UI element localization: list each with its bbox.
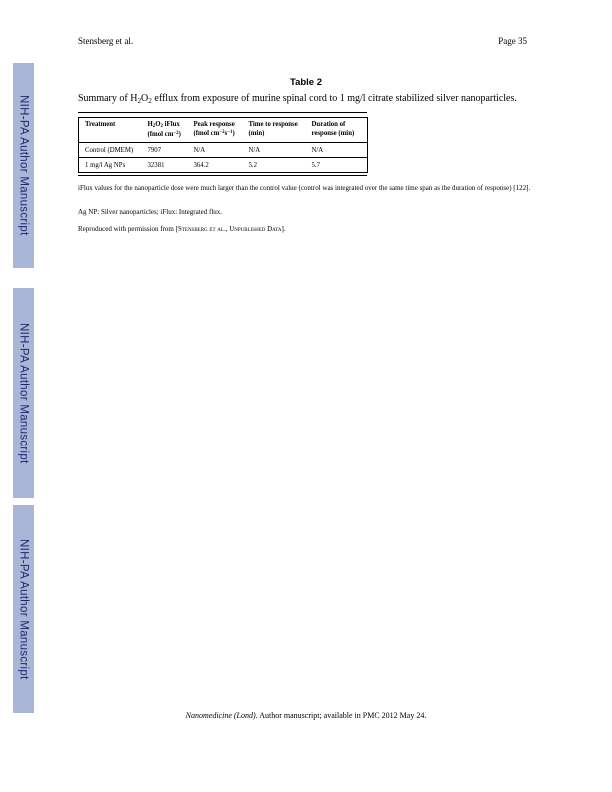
- cell-treatment: Control (DMEM): [79, 143, 148, 158]
- footnote-permission: Reproduced with permission from [Stensbe…: [78, 224, 533, 235]
- cell-iflux: 7907: [148, 143, 194, 158]
- cell-iflux: 32381: [148, 158, 194, 173]
- sidebar-banner-middle: NIH-PA Author Manuscript: [13, 288, 34, 498]
- table-header-row: Treatment H2O2 iFlux(fmol cm−2) Peak res…: [79, 118, 368, 143]
- sidebar-banner-top: NIH-PA Author Manuscript: [13, 63, 34, 268]
- running-head: Stensberg et al. Page 35: [78, 36, 527, 46]
- cell-duration: N/A: [312, 143, 368, 158]
- cell-treatment: 1 mg/l Ag NPs: [79, 158, 148, 173]
- cell-duration: 5.7: [312, 158, 368, 173]
- cell-peak-response: 364.2: [194, 158, 249, 173]
- table-block: Treatment H2O2 iFlux(fmol cm−2) Peak res…: [78, 112, 367, 176]
- sidebar-banner-label: NIH-PA Author Manuscript: [18, 539, 30, 680]
- table-title: Table 2: [0, 77, 612, 88]
- table-bottom-rule: [78, 175, 367, 176]
- running-head-page-number: Page 35: [498, 36, 527, 46]
- cell-peak-response: N/A: [194, 143, 249, 158]
- table-row-ag-nps: 1 mg/l Ag NPs 32381 364.2 5.2 5.7: [79, 158, 368, 173]
- table-top-rule: [78, 112, 367, 113]
- footnote-abbreviations: Ag NP: Silver nanoparticles; iFlux: Inte…: [78, 207, 533, 218]
- running-head-author: Stensberg et al.: [78, 36, 133, 46]
- col-header-treatment: Treatment: [79, 118, 148, 143]
- sidebar-banner-label: NIH-PA Author Manuscript: [18, 323, 30, 464]
- col-header-h2o2-iflux: H2O2 iFlux(fmol cm−2): [148, 118, 194, 143]
- footer-citation: Nanomedicine (Lond). Author manuscript; …: [0, 711, 612, 720]
- cell-time-to-response: 5.2: [249, 158, 312, 173]
- manuscript-page: NIH-PA Author Manuscript NIH-PA Author M…: [0, 0, 612, 792]
- col-header-duration-of-response: Duration ofresponse (min): [312, 118, 368, 143]
- data-table: Treatment H2O2 iFlux(fmol cm−2) Peak res…: [78, 117, 368, 173]
- table-row-control: Control (DMEM) 7907 N/A N/A N/A: [79, 143, 368, 158]
- footnote-iflux-values: iFlux values for the nanoparticle dose w…: [78, 183, 533, 194]
- table-caption: Summary of H2O2 efflux from exposure of …: [78, 93, 536, 105]
- col-header-peak-response: Peak response(fmol cm−2s−1): [194, 118, 249, 143]
- col-header-time-to-response: Time to response(min): [249, 118, 312, 143]
- sidebar-banner-label: NIH-PA Author Manuscript: [18, 95, 30, 236]
- cell-time-to-response: N/A: [249, 143, 312, 158]
- sidebar-banner-bottom: NIH-PA Author Manuscript: [13, 505, 34, 713]
